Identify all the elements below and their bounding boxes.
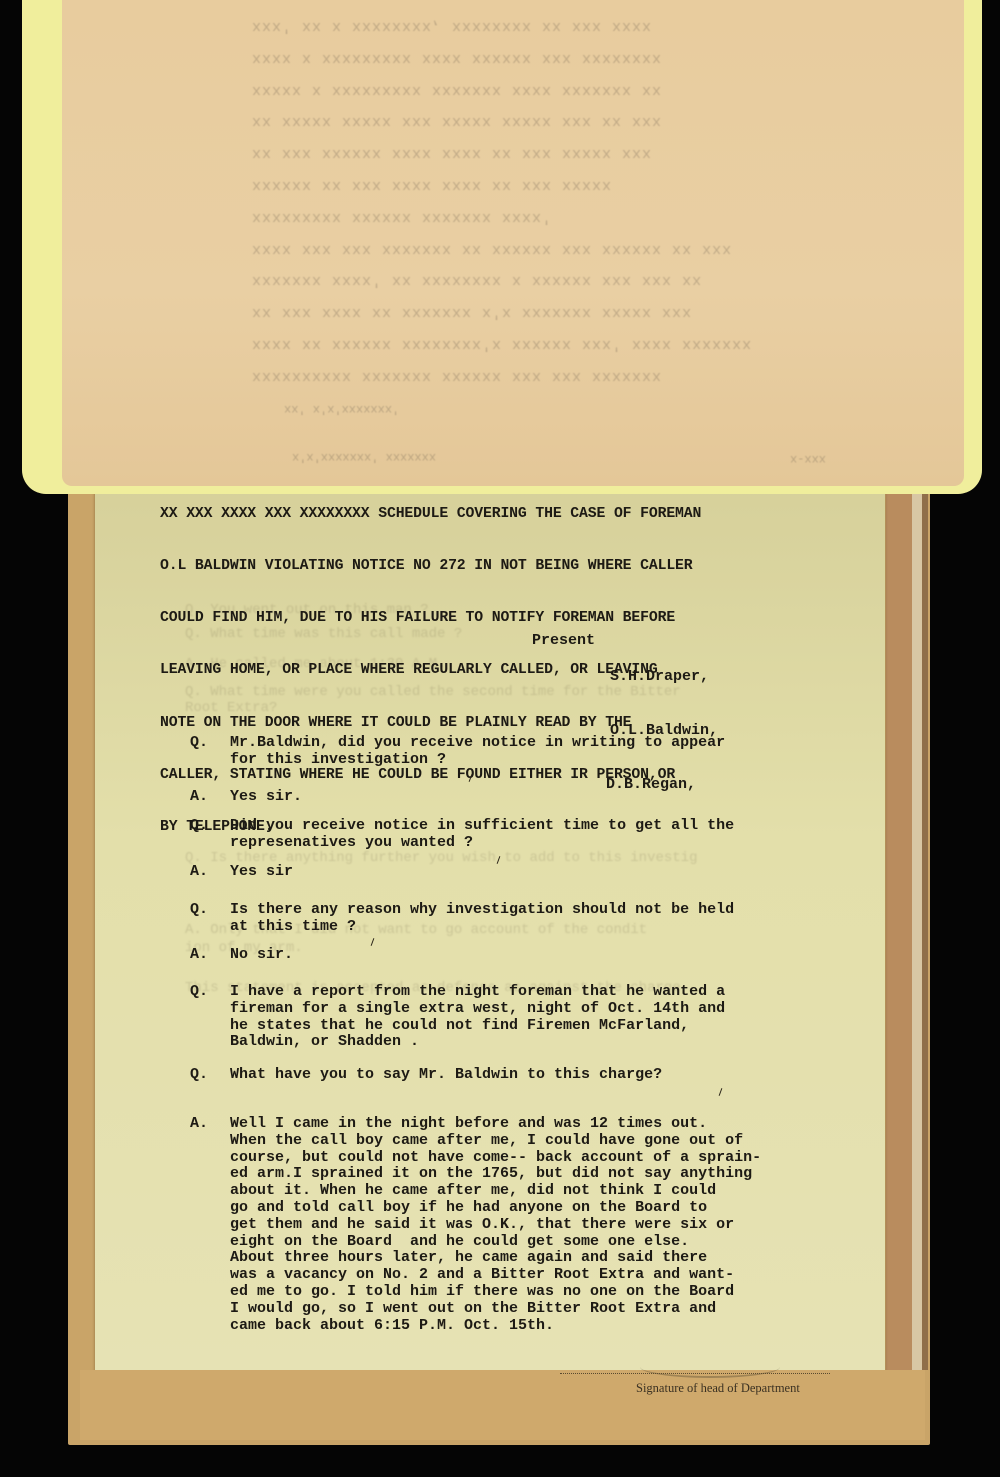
show-through-line: xxxxx x xxxxxxxxx xxxxxxx xxxx xxxxxxx x… [252,74,952,106]
attendee-name: S.H.Draper, [610,668,718,686]
qa-text: Mr.Baldwin, did you receive notice in wr… [230,735,840,769]
flipped-page: xxx' xx x xxxxxxxx, xxxxxxxx xx xxx xxxx… [22,0,982,494]
signature-label: Signature of head of Department [636,1381,800,1396]
page-stack-edge [886,480,912,1380]
qa-tag: A. [190,864,226,881]
show-through-text: xxx' xx x xxxxxxxx, xxxxxxxx xx xxx xxxx… [252,10,952,392]
heading-line: XX XXX XXXX XXX XXXXXXXX SCHEDULE COVERI… [160,506,860,523]
qa-text: I have a report from the night foreman t… [230,984,840,1051]
qa-tag: Q. [190,902,226,919]
heading-line: CALLER, STATING WHERE HE COULD BE FOUND … [160,767,860,784]
show-through-footer-right: x-xxx [790,452,826,466]
qa-tag: Q. [190,1067,226,1084]
show-through-line: xx xxx xxxx xx xxxxxxx x'x xxxxxxx xxxxx… [252,296,952,328]
flipped-page-surface: xxx' xx x xxxxxxxx, xxxxxxxx xx xxx xxxx… [62,0,964,486]
qa-text: Well I came in the night before and was … [230,1116,840,1334]
signature-scrawl [640,1356,780,1378]
page-stack-edge [922,490,928,1370]
qa-text: What have you to say Mr. Baldwin to this… [230,1067,840,1084]
signature-line [560,1372,830,1374]
qa-tag: Q. [190,984,226,1001]
present-label: Present [532,632,595,650]
heading-line: NOTE ON THE DOOR WHERE IT COULD BE PLAIN… [160,715,860,732]
show-through-line: xxxxxxxxx xxxxxx xxxxxxx xxxx' [252,201,952,233]
qa-tag: A. [190,947,226,964]
qa-tag: A. [190,1116,226,1133]
heading-line: O.L BALDWIN VIOLATING NOTICE NO 272 IN N… [160,558,860,575]
page-stack-edge [912,480,922,1380]
qa-tag: Q. [190,818,226,835]
heading-line: COULD FIND HIM, DUE TO HIS FAILURE TO NO… [160,610,860,627]
qa-tag: Q. [190,735,226,752]
qa-text: Is there any reason why investigation sh… [230,902,840,936]
show-through-line: xx xxxxx xxxxx xxx xxxxx xxxxx xxx xx xx… [252,105,952,137]
show-through-line: xxxxxx xx xxx xxxx xxxx xx xxx xxxxx [252,169,952,201]
show-through-line: xxxxxxxxxx xxxxxxx xxxxxx xxx xxx xxxxxx… [252,360,952,392]
show-through-line: xxxx xx xxxxxx xxxxxxxx'x xxxxxx xxx' xx… [252,328,952,360]
show-through-line: xxxx x xxxxxxxxx xxxx xxxxxx xxx xxxxxxx… [252,42,952,74]
qa-tag: A. [190,789,226,806]
qa-text: No sir. [230,947,840,964]
show-through-line: xxxxxxx xxxx' xx xxxxxxxx x xxxxxx xxx x… [252,264,952,296]
show-through-footer-left: x'x'xxxxxxx' xxxxxxx [292,450,436,464]
qa-text: Did you receive notice in sufficient tim… [230,818,840,852]
show-through-line: xx' x'x'xxxxxxx' [284,402,399,416]
qa-text: Yes sir [230,864,840,881]
qa-text: Yes sir. [230,789,840,806]
show-through-line: xxxx xxx xxx xxxxxxx xx xxxxxx xxx xxxxx… [252,233,952,265]
heading-line: LEAVING HOME, OR PLACE WHERE REGULARLY C… [160,662,860,679]
show-through-line: xx xxx xxxxxx xxxx xxxx xx xxx xxxxx xxx [252,137,952,169]
show-through-line: xxx' xx x xxxxxxxx, xxxxxxxx xx xxx xxxx [252,10,952,42]
